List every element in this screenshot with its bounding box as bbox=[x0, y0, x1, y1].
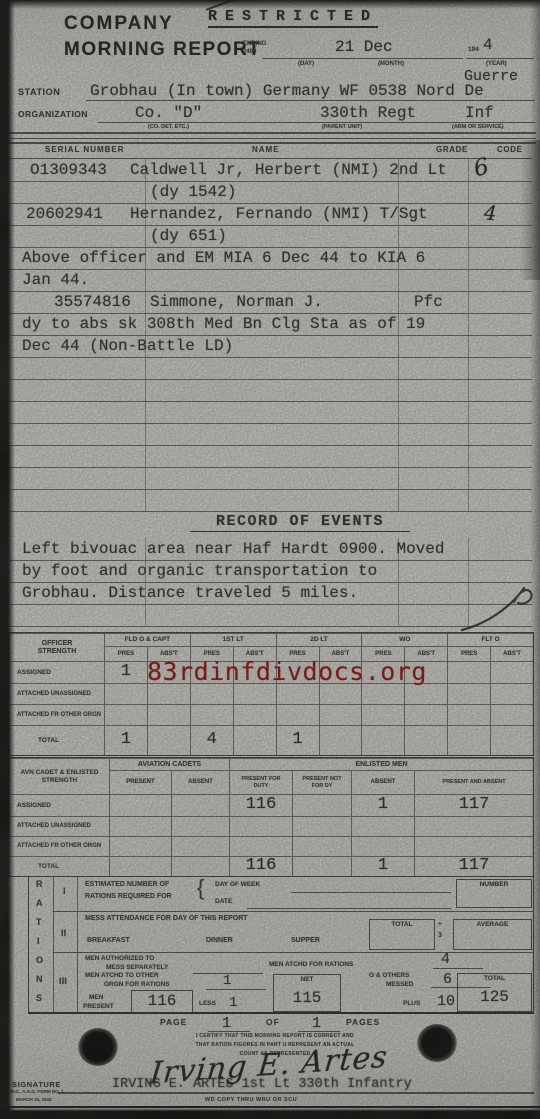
strength-cell bbox=[229, 816, 292, 836]
strength-cell: 116 bbox=[229, 794, 292, 816]
strength-cell bbox=[229, 836, 292, 856]
of-label: OF bbox=[266, 1018, 280, 1027]
roster-row: Above officer and EM MIA 6 Dec 44 to KIA… bbox=[8, 247, 532, 270]
col-group-enlisted-men: ENLISTED MEN bbox=[229, 758, 533, 770]
rations-section: R A T I O N S I II III ESTIMATED NUMBER … bbox=[28, 877, 534, 1014]
strength-cell bbox=[292, 856, 351, 876]
ending-label-line2: 2400 bbox=[243, 49, 256, 55]
strength-cell bbox=[404, 683, 447, 704]
row-label: ATTACHED FR OTHER ORGN bbox=[9, 704, 104, 725]
strength-cell bbox=[276, 683, 319, 704]
signature-label: SIGNATURE bbox=[12, 1081, 61, 1089]
row-label: ATTACHED UNASSIGNED bbox=[9, 816, 109, 836]
strength-cell bbox=[319, 725, 362, 755]
officer-strength-header-line1: OFFICER bbox=[42, 640, 73, 648]
roster-row: dy to abs sk 308th Med Bn Clg Sta as of … bbox=[8, 313, 532, 336]
strength-cell bbox=[404, 725, 447, 755]
roster-row-blank bbox=[8, 379, 532, 402]
divider bbox=[86, 100, 535, 101]
strength-cell bbox=[361, 725, 404, 755]
part-numeral-2: II bbox=[61, 929, 66, 939]
others-value: 6 bbox=[443, 971, 452, 988]
morning-report-document: COMPANY MORNING REPORT RESTRICTED ENDING… bbox=[0, 0, 540, 1119]
strength-cell: 1 bbox=[351, 794, 414, 816]
strength-cell: 117 bbox=[414, 794, 533, 816]
form-title-line1: COMPANY bbox=[64, 14, 174, 34]
enlisted-strength-header: AVN CADET & ENLISTED STRENGTH bbox=[9, 758, 109, 794]
events-row: by foot and organic transportation to bbox=[8, 560, 532, 583]
divider bbox=[6, 138, 536, 139]
strength-cell bbox=[447, 704, 490, 725]
rations-letter: O bbox=[36, 956, 43, 965]
strength-cell bbox=[147, 704, 190, 725]
date-label: DATE bbox=[215, 899, 232, 906]
page-number: 1 bbox=[222, 1015, 231, 1032]
strength-cell bbox=[319, 683, 362, 704]
rations-letter: R bbox=[36, 880, 43, 889]
roster-row: Dec 44 (Non-Battle LD) bbox=[8, 335, 532, 358]
strength-cell: 4 bbox=[190, 725, 233, 755]
organization-parent-unit: 330th Regt bbox=[320, 104, 416, 122]
col-present-not-for-dy: PRESENT NOT FOR DY bbox=[292, 770, 351, 794]
organization-label: ORGANIZATION bbox=[18, 110, 88, 119]
strength-cell: 117 bbox=[414, 856, 533, 876]
divider bbox=[208, 1031, 250, 1032]
classification-stamp: RESTRICTED bbox=[208, 8, 378, 28]
year-sublabel: (YEAR) bbox=[486, 61, 507, 67]
officer-strength-header-line2: STRENGTH bbox=[38, 648, 77, 656]
strength-cell bbox=[319, 704, 362, 725]
copy-routing-note: WD COPY THRU WRU OR SCU bbox=[205, 1098, 297, 1104]
roster-row-blank bbox=[8, 423, 532, 446]
atchd-other-value: 1 bbox=[223, 973, 231, 989]
atchd-other-label2: ORGN FOR RATIONS bbox=[104, 982, 170, 989]
divider bbox=[58, 1092, 534, 1094]
strength-cell bbox=[171, 836, 229, 856]
row-label-total: TOTAL bbox=[9, 856, 109, 876]
mess-attendance-label: MESS ATTENDANCE FOR DAY OF THIS REPORT bbox=[85, 915, 248, 922]
col-group-wo: WO bbox=[361, 633, 447, 646]
brace-glyph: { bbox=[197, 876, 204, 899]
organization-arm: Inf bbox=[465, 104, 494, 122]
organization-company: Co. "D" bbox=[135, 104, 202, 122]
officer-strength-table: OFFICER STRENGTH FLD O & CAPT 1ST LT 2D … bbox=[8, 632, 534, 756]
punch-hole-left bbox=[78, 1028, 118, 1066]
divider bbox=[0, 1106, 540, 1108]
handwritten-code: 6 bbox=[471, 154, 491, 182]
divider bbox=[262, 58, 463, 59]
strength-cell bbox=[233, 704, 276, 725]
officer-strength-header: OFFICER STRENGTH bbox=[9, 633, 104, 661]
ending-label-line1: ENDING bbox=[243, 41, 266, 47]
roster-row: 35574816 Simmone, Norman J. Pfc bbox=[8, 291, 532, 314]
col-present-for-duty: PRESENT FOR DUTY bbox=[229, 770, 292, 794]
strength-cell bbox=[233, 683, 276, 704]
col-group-1st-lt: 1ST LT bbox=[190, 633, 276, 646]
men-present-label1: MEN bbox=[89, 995, 103, 1002]
divider bbox=[206, 989, 266, 990]
strength-cell: 1 bbox=[104, 725, 147, 755]
strength-cell bbox=[361, 704, 404, 725]
soldier-grade: Pfc bbox=[414, 293, 443, 311]
mess-total-box: TOTAL bbox=[369, 919, 435, 950]
strength-cell bbox=[109, 816, 171, 836]
strength-cell: 1 bbox=[276, 725, 319, 755]
part-numeral-1: I bbox=[63, 887, 66, 897]
average-box: AVERAGE bbox=[453, 919, 532, 950]
roster-row: O1309343 Caldwell Jr, Herbert (NMI) 2nd … bbox=[8, 159, 532, 182]
rations-letter: A bbox=[36, 899, 43, 908]
net-box: NET 115 bbox=[273, 974, 341, 1012]
station-label: STATION bbox=[18, 88, 60, 97]
rations-total-box-label: TOTAL bbox=[458, 976, 531, 983]
plus-label: PLUS bbox=[403, 1001, 420, 1008]
net-box-label: NET bbox=[274, 977, 340, 984]
enlisted-strength-table: AVN CADET & ENLISTED STRENGTH AVIATION C… bbox=[8, 757, 534, 877]
row-label: ATTACHED FR OTHER ORGN bbox=[9, 836, 109, 856]
rations-letter: N bbox=[36, 975, 43, 984]
strength-cell bbox=[109, 856, 171, 876]
strength-cell bbox=[361, 683, 404, 704]
strength-cell bbox=[490, 683, 533, 704]
men-present-box: 116 bbox=[131, 990, 193, 1013]
dinner-label: DINNER bbox=[206, 937, 233, 944]
rations-letter: I bbox=[37, 937, 40, 946]
strength-cell bbox=[292, 816, 351, 836]
divider bbox=[53, 877, 54, 1012]
handwritten-code: 4 bbox=[483, 201, 497, 226]
divider bbox=[298, 1031, 340, 1032]
strength-cell bbox=[414, 816, 533, 836]
strength-cell bbox=[414, 836, 533, 856]
page-label: PAGE bbox=[160, 1018, 187, 1027]
site-watermark: 83rdinfdivdocs.org bbox=[147, 657, 427, 686]
form-date: MARCH 10, 1943 bbox=[16, 1098, 52, 1103]
less-value: 1 bbox=[229, 995, 237, 1011]
roster-row: (dy 1542) bbox=[8, 181, 532, 204]
soldier-serial: 35574816 bbox=[54, 293, 131, 311]
roster-entry-text: (dy 1542) bbox=[150, 183, 236, 201]
men-present-label2: PRESENT bbox=[83, 1004, 114, 1011]
events-line: Grobhau. Distance traveled 5 miles. bbox=[22, 584, 358, 602]
events-line: Left bivouac area near Haf Hardt 0900. M… bbox=[22, 540, 444, 558]
divider bbox=[466, 58, 534, 59]
scan-edge-bottom bbox=[0, 1108, 540, 1119]
strength-cell bbox=[292, 836, 351, 856]
pages-total: 1 bbox=[312, 1015, 321, 1032]
col-group-fldo-capt: FLD O & CAPT bbox=[104, 633, 190, 646]
report-date: 21 Dec bbox=[335, 38, 393, 56]
strength-cell bbox=[447, 683, 490, 704]
strength-cell bbox=[104, 704, 147, 725]
events-row: Grobhau. Distance traveled 5 miles. bbox=[8, 582, 532, 605]
certification-line1: I CERTIFY THAT THIS MORNING REPORT IS CO… bbox=[120, 1034, 430, 1039]
col-pres: PRES bbox=[104, 646, 147, 661]
year-prefix: 194 bbox=[468, 47, 479, 54]
divider bbox=[53, 911, 533, 912]
month-sublabel: (MONTH) bbox=[378, 61, 404, 67]
row-label: ATTACHED UNASSIGNED bbox=[9, 683, 104, 704]
events-row-blank bbox=[8, 604, 532, 627]
men-authorized-label1: MEN AUTHORIZED TO bbox=[85, 956, 154, 963]
strength-cell bbox=[190, 704, 233, 725]
number-box-label: NUMBER bbox=[457, 882, 531, 889]
roster-row: 20602941 Hernandez, Fernando (NMI) T/Sgt… bbox=[8, 203, 532, 226]
events-row: Left bivouac area near Haf Hardt 0900. M… bbox=[8, 538, 532, 561]
roster-entry-text: (dy 651) bbox=[150, 227, 227, 245]
strength-cell bbox=[147, 725, 190, 755]
roster-entry-text: dy to abs sk 308th Med Bn Clg Sta as of … bbox=[22, 315, 425, 333]
average-box-label: AVERAGE bbox=[454, 922, 531, 929]
rations-letter: S bbox=[36, 994, 42, 1003]
org-sublabel-co: (CO. DET. ETC.) bbox=[148, 125, 189, 131]
roster-entry-text: Above officer and EM MIA 6 Dec 44 to KIA… bbox=[22, 249, 425, 267]
roster-row-blank bbox=[8, 445, 532, 468]
strength-cell: 1 bbox=[351, 856, 414, 876]
col-group-2d-lt: 2D LT bbox=[276, 633, 362, 646]
roster-entry-text: Jan 44. bbox=[22, 271, 89, 289]
men-present-value: 116 bbox=[132, 992, 192, 1010]
divide-sign: ÷ bbox=[438, 921, 442, 928]
soldier-serial: O1309343 bbox=[30, 161, 107, 179]
rations-letter: T bbox=[36, 918, 42, 927]
strength-cell bbox=[104, 683, 147, 704]
others-label1: O & OTHERS bbox=[369, 973, 409, 980]
atchd-for-rations-value: 4 bbox=[441, 951, 450, 968]
soldier-name-grade: Hernandez, Fernando (NMI) T/Sgt bbox=[130, 205, 428, 223]
divider bbox=[291, 892, 451, 893]
strength-cell bbox=[147, 683, 190, 704]
others-label2: MESSED bbox=[386, 982, 413, 989]
roster-row-blank bbox=[8, 467, 532, 490]
supper-label: SUPPER bbox=[291, 937, 320, 944]
strength-cell bbox=[233, 725, 276, 755]
strength-cell bbox=[447, 725, 490, 755]
soldier-name-grade: Caldwell Jr, Herbert (NMI) 2nd Lt bbox=[130, 161, 447, 179]
strength-cell bbox=[109, 836, 171, 856]
strength-cell bbox=[490, 725, 533, 755]
col-absent: ABSENT bbox=[171, 770, 229, 794]
strength-cell bbox=[447, 661, 490, 683]
divide-by-three: 3 bbox=[438, 932, 442, 939]
strength-cell bbox=[490, 661, 533, 683]
less-label: LESS bbox=[199, 1001, 216, 1008]
number-box: NUMBER bbox=[456, 879, 532, 908]
divider bbox=[98, 122, 535, 123]
pages-label: PAGES bbox=[346, 1018, 380, 1027]
col-group-aviation-cadets: AVIATION CADETS bbox=[109, 758, 229, 770]
form-number: W.D., A.G.O. FORM NO. 1 bbox=[10, 1090, 64, 1095]
part-numeral-3: III bbox=[59, 977, 67, 987]
soldier-serial: 20602941 bbox=[26, 205, 103, 223]
net-value: 115 bbox=[274, 989, 340, 1007]
rations-total-value: 125 bbox=[458, 988, 531, 1006]
strength-cell bbox=[490, 704, 533, 725]
day-of-week-label: DAY OF WEEK bbox=[215, 882, 260, 889]
col-pres: PRES bbox=[447, 646, 490, 661]
events-section-title: RECORD OF EVENTS bbox=[190, 513, 410, 532]
mess-total-box-label: TOTAL bbox=[370, 922, 434, 929]
strength-cell bbox=[109, 794, 171, 816]
divider bbox=[77, 877, 78, 1012]
strength-cell bbox=[276, 704, 319, 725]
divider bbox=[247, 908, 451, 909]
roster-row-blank bbox=[8, 401, 532, 424]
atchd-for-rations-label: MEN ATCHD FOR RATIONS bbox=[269, 962, 353, 969]
strength-cell bbox=[171, 856, 229, 876]
roster-col-serial: SERIAL NUMBER bbox=[45, 146, 125, 154]
rations-part1-label1: ESTIMATED NUMBER OF bbox=[85, 881, 169, 888]
strength-cell bbox=[292, 794, 351, 816]
roster-entry-text: Dec 44 (Non-Battle LD) bbox=[22, 337, 233, 355]
strength-cell bbox=[171, 794, 229, 816]
breakfast-label: BREAKFAST bbox=[87, 937, 130, 944]
form-title-line2: MORNING REPORT bbox=[64, 40, 261, 60]
men-authorized-label2: MESS SEPARATELY bbox=[106, 965, 168, 972]
col-abst: ABS'T bbox=[490, 646, 533, 661]
row-label: ASSIGNED bbox=[9, 794, 109, 816]
strength-cell bbox=[351, 816, 414, 836]
strength-cell: 116 bbox=[229, 856, 292, 876]
roster-col-grade: GRADE bbox=[436, 146, 468, 154]
strength-cell bbox=[190, 683, 233, 704]
rations-total-box: TOTAL 125 bbox=[457, 973, 532, 1012]
strength-cell bbox=[404, 704, 447, 725]
roster-row-blank bbox=[8, 489, 532, 512]
events-line: by foot and organic transportation to bbox=[22, 562, 377, 580]
roster-row: Jan 44. bbox=[8, 269, 532, 292]
row-label-total: TOTAL bbox=[9, 725, 104, 755]
divider bbox=[6, 132, 536, 134]
station-value: Grobhau (In town) Germany WF 0538 Nord D… bbox=[90, 82, 484, 100]
org-sublabel-arm: (ARM OR SERVICE) bbox=[452, 125, 504, 131]
strength-cell bbox=[351, 836, 414, 856]
divider bbox=[6, 142, 536, 144]
strength-cell: 1 bbox=[104, 661, 147, 683]
roster-row-blank bbox=[8, 357, 532, 380]
col-absent: ABSENT bbox=[351, 770, 414, 794]
atchd-other-label1: MEN ATCHD TO OTHER bbox=[85, 973, 159, 980]
plus-value: 10 bbox=[437, 993, 455, 1010]
roster-col-name: NAME bbox=[252, 146, 280, 154]
handwritten-flourish bbox=[458, 580, 538, 635]
org-sublabel-parent: (PARENT UNIT) bbox=[322, 125, 362, 131]
divider bbox=[433, 968, 483, 969]
strength-cell bbox=[171, 816, 229, 836]
roster-row: (dy 651) bbox=[8, 225, 532, 248]
col-present: PRESENT bbox=[109, 770, 171, 794]
soldier-name: Simmone, Norman J. bbox=[150, 293, 323, 311]
row-label: ASSIGNED bbox=[9, 661, 104, 683]
rations-part1-label2: RATIONS REQUIRED FOR bbox=[85, 893, 172, 900]
col-present-and-absent: PRESENT AND ABSENT bbox=[414, 770, 533, 794]
day-sublabel: (DAY) bbox=[298, 61, 314, 67]
roster-col-code: CODE bbox=[497, 146, 523, 154]
year-digit: 4 bbox=[483, 36, 493, 54]
divider bbox=[53, 952, 533, 953]
